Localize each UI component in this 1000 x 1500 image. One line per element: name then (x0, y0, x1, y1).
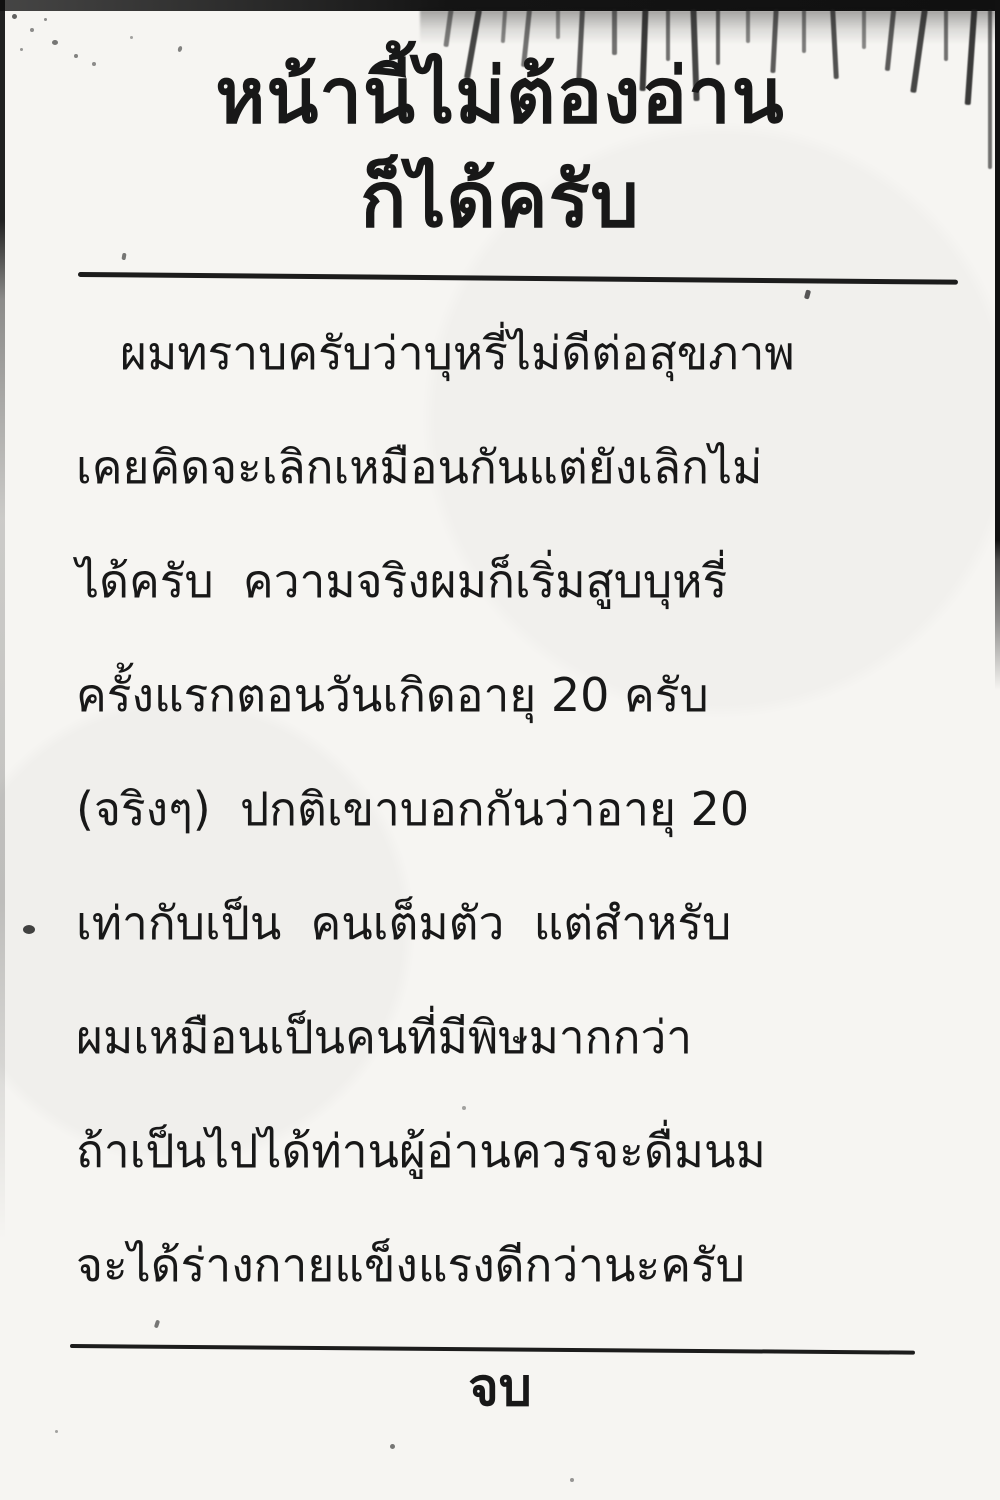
scan-speck (12, 14, 17, 19)
ink-streak (862, 9, 866, 49)
scan-speck (121, 253, 126, 261)
scan-speck (44, 18, 47, 21)
scanned-comic-page: หน้านี้ไม่ต้องอ่าน ก็ได้ครับ ผมทราบครับว… (0, 0, 1000, 1500)
page-title-line1: หน้านี้ไม่ต้องอ่าน (0, 44, 1000, 148)
body-line: ผมทราบครับว่าบุหรี่ไม่ดีต่อสุขภาพ (76, 296, 960, 410)
scan-speck (570, 1478, 574, 1482)
scan-speck (130, 36, 133, 39)
body-text: ผมทราบครับว่าบุหรี่ไม่ดีต่อสุขภาพเคยคิดจ… (76, 296, 960, 1322)
scan-speck (30, 28, 34, 32)
body-line: ได้ครับ ความจริงผมก็เริ่มสูบบุหรี่ (76, 524, 960, 638)
page-title-line2: ก็ได้ครับ (0, 148, 1000, 252)
footer-divider-rule (70, 1344, 915, 1355)
scan-speck (390, 1444, 395, 1449)
page-title: หน้านี้ไม่ต้องอ่าน ก็ได้ครับ (0, 44, 1000, 252)
ink-streak (556, 9, 560, 39)
body-line: ผมเหมือนเป็นคนที่มีพิษมากกว่า (76, 980, 960, 1094)
scan-speck (55, 1430, 58, 1433)
end-label: จบ (0, 1358, 1000, 1418)
body-line: (จริงๆ) ปกติเขาบอกกันว่าอายุ 20 (76, 752, 960, 866)
body-line: ครั้งแรกตอนวันเกิดอายุ 20 ครับ (76, 638, 960, 752)
body-line: จะได้ร่างกายแข็งแรงดีกว่านะครับ (76, 1208, 960, 1322)
ink-smudge (420, 10, 1000, 44)
title-divider-rule (78, 272, 958, 285)
body-line: ถ้าเป็นไปได้ท่านผู้อ่านควรจะดื่มนม (76, 1094, 960, 1208)
scan-speck (23, 925, 35, 934)
ink-streak (746, 9, 750, 43)
body-line: เท่ากับเป็น คนเต็มตัว แต่สำหรับ (76, 866, 960, 980)
body-line: เคยคิดจะเลิกเหมือนกันแต่ยังเลิกไม่ (76, 410, 960, 524)
